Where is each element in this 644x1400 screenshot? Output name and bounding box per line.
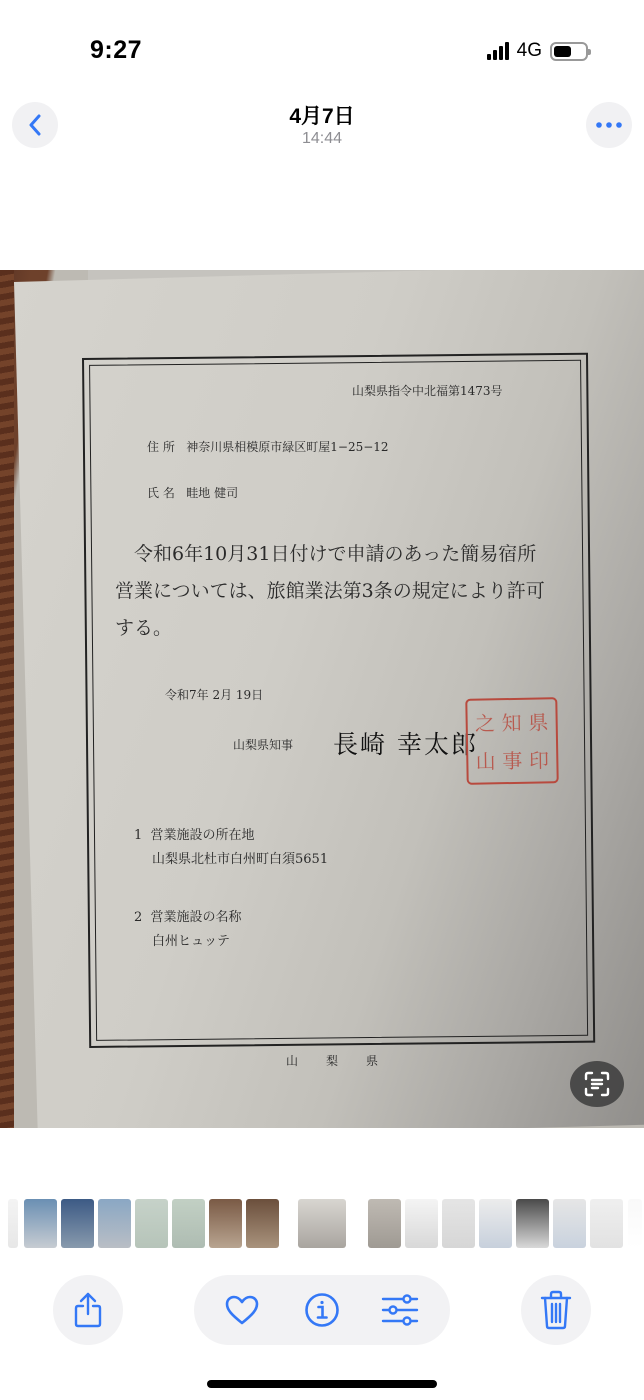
sliders-icon bbox=[381, 1293, 419, 1327]
trash-icon bbox=[540, 1290, 572, 1330]
thumbnail[interactable] bbox=[590, 1199, 623, 1248]
status-indicators: 4G bbox=[487, 40, 588, 62]
permit-body: 令和6年10月31日付けで申請のあった簡易宿所営業については、旅館業法第3条の規… bbox=[115, 536, 555, 647]
network-type: 4G bbox=[517, 40, 542, 62]
thumbnail[interactable] bbox=[8, 1199, 18, 1248]
issue-date: 令和7年 2月 19日 bbox=[165, 686, 263, 703]
item-1-value: 山梨県北杜市白州町白須5651 bbox=[152, 848, 328, 867]
battery-icon bbox=[550, 42, 588, 61]
info-button[interactable] bbox=[300, 1288, 344, 1332]
item-1-title: 1 営業施設の所在地 bbox=[134, 824, 255, 843]
home-indicator[interactable] bbox=[207, 1380, 437, 1388]
thumbnail[interactable] bbox=[405, 1199, 438, 1248]
thumbnail[interactable] bbox=[61, 1199, 94, 1248]
desk-background bbox=[0, 270, 14, 1128]
thumbnail[interactable] bbox=[135, 1199, 168, 1248]
thumbnail[interactable] bbox=[24, 1199, 57, 1248]
heart-icon bbox=[224, 1294, 260, 1326]
delete-button[interactable] bbox=[521, 1275, 591, 1345]
official-seal: 之 知 県 山 事 印 bbox=[465, 697, 558, 785]
thumbnail[interactable] bbox=[553, 1199, 586, 1248]
permit-number: 山梨県指令中北福第1473号 bbox=[352, 382, 503, 399]
signal-icon bbox=[487, 42, 509, 60]
photo-viewer[interactable]: 山梨県指令中北福第1473号 住 所 神奈川県相模原市緑区町屋1−25−12 氏… bbox=[0, 270, 644, 1128]
ellipsis-icon bbox=[596, 122, 622, 128]
toolbar-pill bbox=[194, 1275, 450, 1345]
adjust-button[interactable] bbox=[378, 1288, 422, 1332]
live-text-button[interactable] bbox=[570, 1061, 624, 1107]
governor-title: 山梨県知事 bbox=[233, 736, 293, 753]
share-icon bbox=[72, 1291, 104, 1329]
status-bar: 9:27 4G bbox=[0, 0, 644, 90]
address-value: 神奈川県相模原市緑区町屋1−25−12 bbox=[186, 440, 388, 454]
photo-date: 4月7日 bbox=[0, 100, 644, 130]
governor-name: 長崎 幸太郎 bbox=[333, 725, 478, 761]
address-label: 住 所 bbox=[147, 440, 175, 454]
thumbnail[interactable] bbox=[479, 1199, 512, 1248]
thumbnail-strip[interactable] bbox=[0, 1199, 644, 1249]
thumbnail[interactable] bbox=[628, 1199, 642, 1248]
bottom-toolbar bbox=[0, 1275, 644, 1345]
thumbnail[interactable] bbox=[172, 1199, 205, 1248]
photo-time: 14:44 bbox=[0, 130, 644, 148]
info-icon bbox=[304, 1292, 340, 1328]
thumbnail[interactable] bbox=[246, 1199, 279, 1248]
share-button[interactable] bbox=[53, 1275, 123, 1345]
status-time: 9:27 bbox=[90, 36, 142, 65]
name-line: 氏 名 畦地 健司 bbox=[147, 484, 238, 501]
more-button[interactable] bbox=[586, 102, 632, 148]
item-2-title: 2 営業施設の名称 bbox=[134, 906, 242, 925]
address-line: 住 所 神奈川県相模原市緑区町屋1−25−12 bbox=[147, 438, 389, 455]
thumbnail-current[interactable] bbox=[298, 1199, 346, 1248]
thumbnail[interactable] bbox=[98, 1199, 131, 1248]
thumbnail[interactable] bbox=[368, 1199, 401, 1248]
name-value: 畦地 健司 bbox=[186, 486, 238, 500]
thumbnail[interactable] bbox=[442, 1199, 475, 1248]
nav-bar: 4月7日 14:44 bbox=[0, 98, 644, 158]
favorite-button[interactable] bbox=[220, 1288, 264, 1332]
name-label: 氏 名 bbox=[147, 486, 175, 500]
item-2-value: 白州ヒュッテ bbox=[152, 930, 230, 949]
issuer: 山梨県 bbox=[286, 1052, 406, 1069]
thumbnail[interactable] bbox=[209, 1199, 242, 1248]
thumbnail[interactable] bbox=[516, 1199, 549, 1248]
live-text-icon bbox=[583, 1070, 611, 1098]
